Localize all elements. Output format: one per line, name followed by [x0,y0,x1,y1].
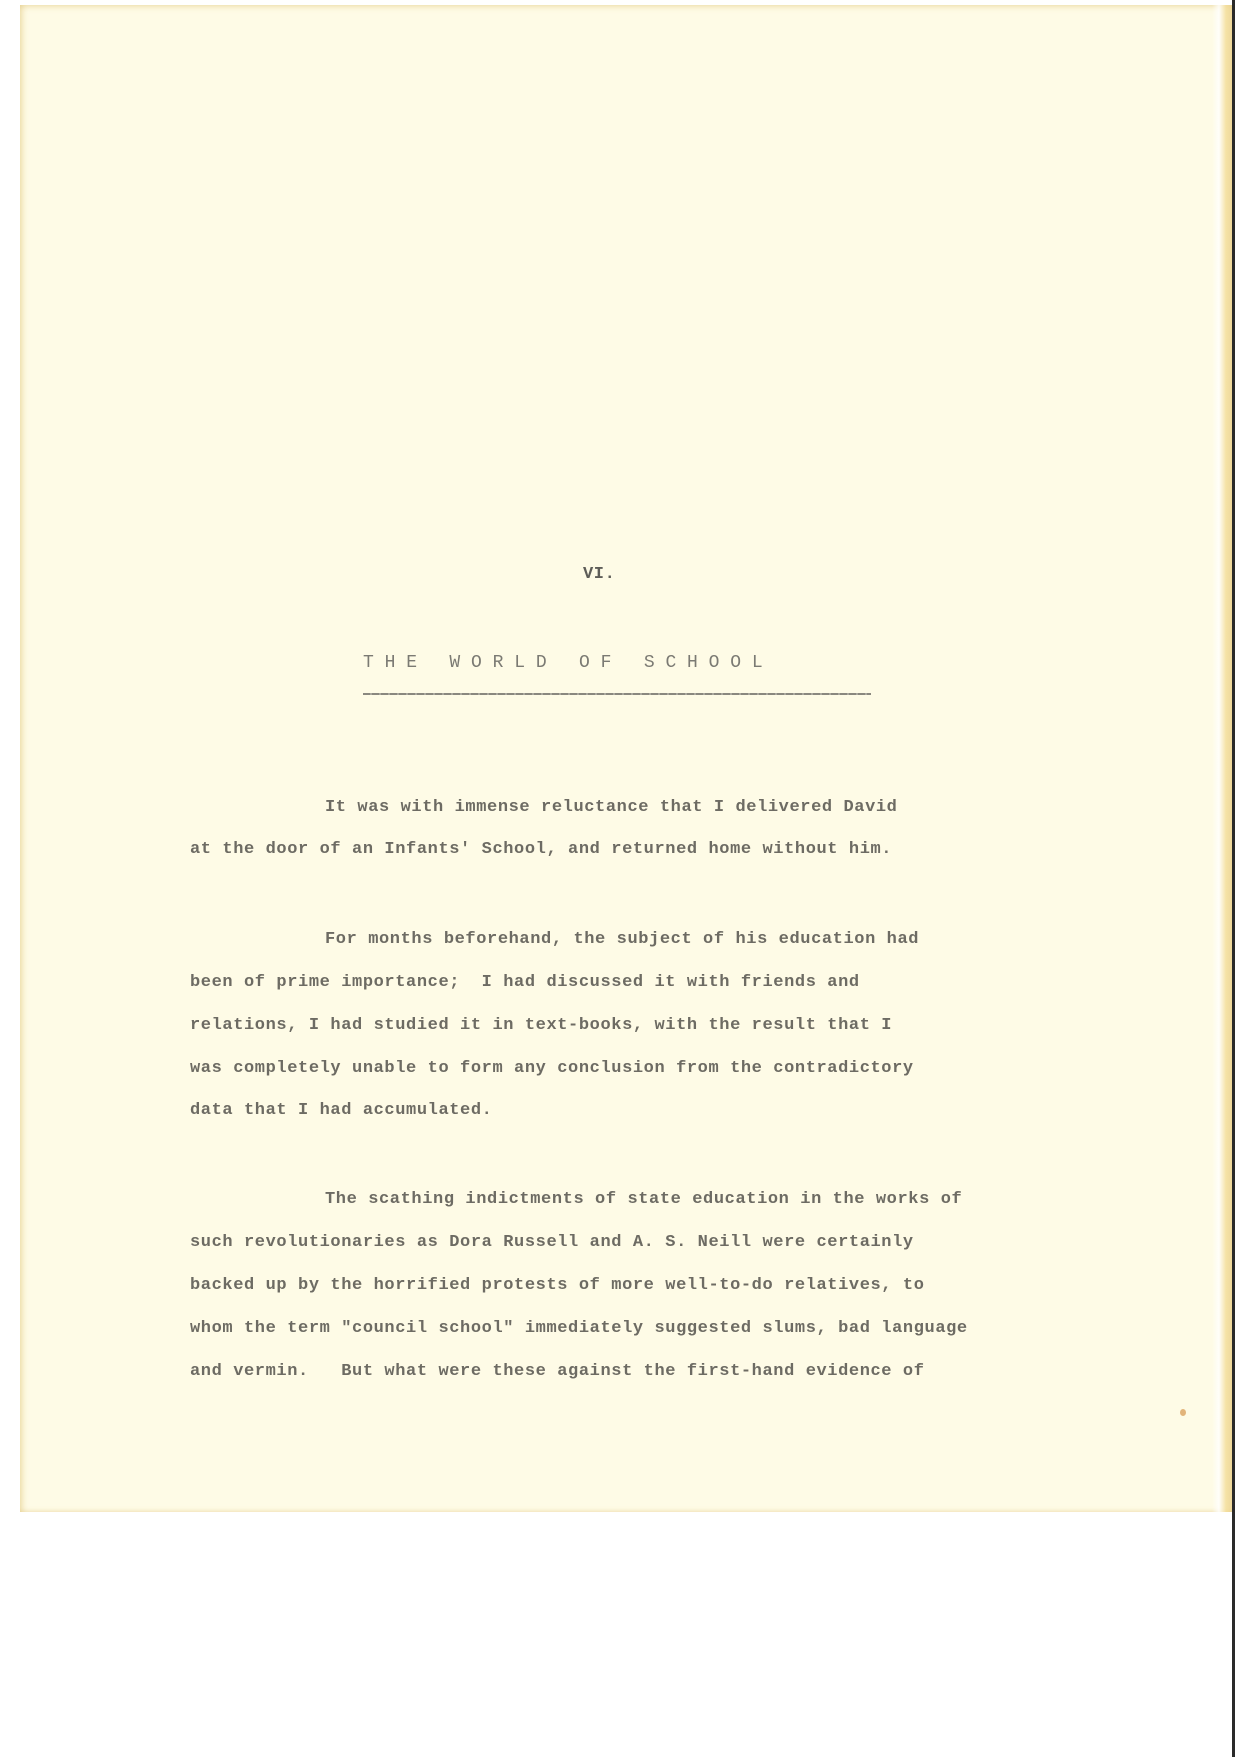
paragraph-2-line-3: relations, I had studied it in text-book… [190,1016,892,1035]
paragraph-3-line-4: whom the term "council school" immediate… [190,1319,968,1338]
paragraph-1-line-2: at the door of an Infants' School, and r… [190,840,892,859]
paragraph-2-line-1: For months beforehand, the subject of hi… [325,930,919,949]
paragraph-2-line-5: data that I had accumulated. [190,1101,492,1120]
scan-edge-line [1232,0,1235,1757]
paragraph-1-line-1: It was with immense reluctance that I de… [325,798,898,817]
paragraph-3-line-3: backed up by the horrified protests of m… [190,1276,925,1295]
paragraph-3-line-2: such revolutionaries as Dora Russell and… [190,1233,914,1252]
paragraph-2-line-4: was completely unable to form any conclu… [190,1059,914,1078]
chapter-number: VI. [583,565,615,584]
paragraph-2-line-2: been of prime importance; I had discusse… [190,973,860,992]
paper-stain [1180,1409,1186,1416]
paragraph-3-line-1: The scathing indictments of state educat… [325,1190,962,1209]
title-underline [363,693,871,695]
paragraph-3-line-5: and vermin. But what were these against … [190,1362,925,1381]
chapter-title: T H E W O R L D O F S C H O O L [363,653,763,673]
